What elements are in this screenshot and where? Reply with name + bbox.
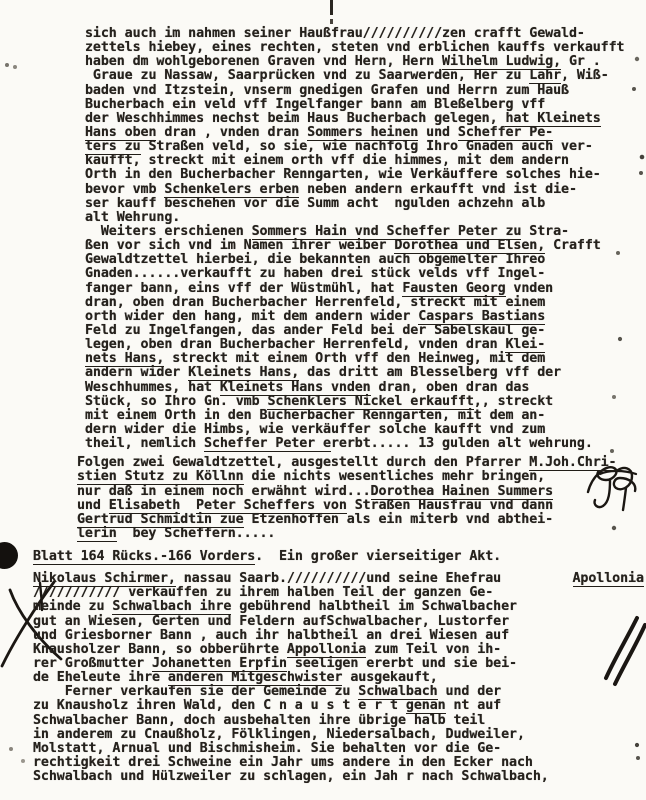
text-line: dran, oben dran Bucherbacher Herrenfeld,…	[85, 296, 646, 310]
text-segment: nassau Saarb.//////////und seine Ehefrau	[176, 571, 573, 586]
text-segment: streckt mit einem Orth vff den Heinweg, …	[164, 351, 545, 366]
text-line: stien Stutz zu Köllnn die nichts wesentl…	[77, 470, 646, 484]
text-segment: mit einem Orth in den Bucherbacher Renng…	[85, 408, 545, 423]
text-segment: Bucherbach ein veld vff Ingelfanger bann…	[85, 97, 545, 112]
text-segment: dran , vnden dran	[156, 125, 307, 140]
text-line: und Griesborner Bann , auch ihr halbthei…	[33, 629, 646, 643]
text-segment: baden vnd Itzstein, vnserm gnedigen Graf…	[85, 83, 569, 98]
text-segment: bevor vmb	[85, 182, 164, 197]
text-segment: Graue zu Nassaw, Saarprücken vnd zu Saar…	[85, 68, 529, 83]
paragraph-block-gewaldtzettel-note: Folgen zwei Gewaldtzettel, ausgestellt d…	[77, 456, 646, 541]
text-segment: andern wider	[85, 365, 188, 380]
text-line: zu Knausholz ihren Wald, den C n a u s t…	[33, 699, 646, 713]
text-segment: Stück, so Ihro Gn. vmb	[85, 394, 267, 409]
text-segment: meinde zu	[33, 599, 112, 614]
text-line: bevor vmb Schenkelers erben neben andern…	[85, 183, 646, 197]
text-segment: legen, oben dran Bucherbacher Herrenfeld…	[85, 337, 505, 352]
text-segment: neben andern erkaufft vnd ist die-	[299, 182, 577, 197]
underlined-text-segment: lerin	[77, 526, 117, 542]
text-segment: seeligen ererbt und sie bei-	[287, 656, 517, 671]
text-line: nur daß in einem noch erwähnt wird...Dor…	[77, 485, 646, 499]
text-line: ser kauff beschehen vor die Summ acht ng…	[85, 197, 646, 211]
text-segment: gebührend halbtheil im Schwalbacher	[231, 599, 517, 614]
text-segment	[180, 498, 196, 513]
text-line: lerin bey Scheffern.....	[77, 527, 646, 541]
text-segment: Orth in den Bucherbacher Renngarten, wie…	[85, 167, 601, 182]
text-segment: Feld zu Ingelfangen, das ander Feld bei …	[85, 323, 545, 338]
text-segment: die nichts wesentliches mehr bringen,	[244, 469, 545, 484]
text-segment: , Wiß-	[561, 68, 609, 83]
text-line: Schwalbacher Bann, doch ausbehalten ihre…	[33, 714, 646, 728]
text-segment: alt Wehrung.	[85, 210, 180, 225]
text-segment: rer Großmutter	[33, 656, 152, 671]
text-line: Molstatt, Arnual und Bischmisheim. Sie b…	[33, 742, 646, 756]
text-segment: ausgekauft,	[342, 670, 437, 685]
text-segment: Molstatt, Arnual und Bischmisheim. Sie b…	[33, 741, 501, 756]
text-line: Feld zu Ingelfangen, das ander Feld bei …	[85, 324, 646, 338]
text-segment: Straßen Hausfrau vnd dann	[347, 498, 553, 513]
text-line: Knausholzer Bann, so obberührte Appollon…	[33, 643, 646, 657]
text-line: gut an Wiesen, Gerten und Feldern aufSch…	[33, 615, 646, 629]
text-segment: Gewaldtzettel hierbei, die bekannten auc…	[85, 252, 545, 267]
text-segment: nt auf	[446, 698, 502, 713]
text-line: Weiters erschienen Sommers Hain vnd Sche…	[85, 225, 646, 239]
paragraph-block-deed-1: sich auch im nahmen seiner Haußfrau/////…	[85, 27, 646, 451]
text-segment: ßen vor sich vnd im Namen ihrer weiber	[85, 238, 394, 253]
text-segment: dran, oben dran Bucherbacher Herrenfeld,…	[85, 295, 545, 310]
text-segment: theil, nemlich	[85, 436, 204, 451]
section-heading-blatt-164: Blatt 164 Rücks.-166 Vorders. Ein großer…	[33, 550, 646, 564]
text-line: mit einem Orth in den Bucherbacher Renng…	[85, 409, 646, 423]
underlined-text-segment: Blatt 164 Rücks.-166 Vorders	[33, 549, 255, 565]
paragraph-block-schirmer-sale: Nikolaus Schirmer, nassau Saarb.////////…	[33, 572, 646, 784]
text-line: alt Wehrung.	[85, 211, 646, 225]
text-segment: rerbt..... 13 gulden alt wehrung.	[331, 436, 593, 451]
text-segment: . Ein großer vierseitiger Akt.	[255, 549, 501, 564]
text-segment: bey Scheffern.....	[117, 526, 276, 541]
text-line: meinde zu Schwalbach ihre gebührend halb…	[33, 600, 646, 614]
text-segment: Stra-	[521, 224, 569, 239]
text-segment: ser kauff beschehen vor die Summ acht ng…	[85, 196, 545, 211]
text-segment: Weschhummes, hat	[85, 380, 220, 395]
text-line: Bucherbach ein veld vff Ingelfanger bann…	[85, 98, 646, 112]
text-segment: Folgen zwei Gewaldtzettel, ausgestellt d…	[77, 455, 529, 470]
underlined-text-segment: Apollonia	[573, 571, 644, 587]
text-segment: Weiters erschienen	[85, 224, 252, 239]
text-segment: gut an Wiesen, Gerten und Feldern aufSch…	[33, 614, 509, 629]
text-segment: zu Knausholz ihren Wald, den C n a u s t…	[33, 698, 406, 713]
text-segment: rechtigkeit drei Schweine ein Jahr ums a…	[33, 755, 533, 770]
text-segment: sich auch im nahmen seiner Haußfrau/////…	[85, 26, 585, 41]
text-line: Gnaden......verkaufft zu haben drei stüc…	[85, 267, 646, 281]
scan-noise-specks	[0, 0, 2, 2]
text-segment: Crafft	[545, 238, 601, 253]
text-segment: Etzenhoffen als ein miterb vnd abthei-	[244, 512, 553, 527]
scanned-document-page: sich auch im nahmen seiner Haußfrau/////…	[0, 0, 646, 800]
text-segment: zettels hiebey, eines rechten, steten vn…	[85, 40, 625, 55]
text-segment: Schwalbacher Bann, doch ausbehalten ihre…	[33, 713, 485, 728]
text-line: theil, nemlich Scheffer Peter ererbt....…	[85, 437, 646, 451]
text-line: dern wider die Himbs, wie verkäuffer sol…	[85, 423, 646, 437]
text-line: Gertrud Schmidtin zue Etzenhoffen als ei…	[77, 513, 646, 527]
text-segment: zum Teil von ih-	[366, 642, 501, 657]
text-segment: und	[418, 125, 458, 140]
text-segment: fanger bann, eins vff der Wüstmühl, hat	[85, 281, 402, 296]
text-line: Graue zu Nassaw, Saarprücken vnd zu Saar…	[85, 69, 646, 83]
text-line: Stück, so Ihro Gn. vmb Schenklers Nickel…	[85, 395, 646, 409]
text-segment: Straßen veld, so sie, wie nachfolg Ihro …	[141, 139, 593, 154]
text-segment: vnden	[506, 281, 554, 296]
text-line: Orth in den Bucherbacher Renngarten, wie…	[85, 168, 646, 182]
text-line: in anderem zu Cnaußholz, Fölklingen, Nie…	[33, 728, 646, 742]
text-line: Blatt 164 Rücks.-166 Vorders. Ein großer…	[33, 550, 646, 564]
text-segment: nur daß in einem noch erwähnt wird...	[77, 484, 371, 499]
text-segment: ,, streckt	[474, 394, 553, 409]
text-line: orth wider den hang, mit dem andern wide…	[85, 310, 646, 324]
text-segment: Knausholzer Bann, so obberührte	[33, 642, 287, 657]
document-text: sich auch im nahmen seiner Haußfrau/////…	[0, 27, 646, 784]
text-line: Hans oben dran , vnden dran Sommers hein…	[85, 126, 646, 140]
text-segment: der Weschhimmes nechst beim Haus Bucherb…	[85, 111, 505, 126]
text-segment: und Griesborner Bann , auch ihr halbthei…	[33, 628, 509, 643]
text-line: fanger bann, eins vff der Wüstmühl, hat …	[85, 282, 646, 296]
fold-dash-mark	[330, 19, 333, 24]
fold-dash-mark	[330, 0, 333, 15]
text-line: baden vnd Itzstein, vnserm gnedigen Graf…	[85, 84, 646, 98]
text-line: andern wider Kleinets Hans, das dritt am…	[85, 366, 646, 380]
text-segment: de Eheleute ihre	[33, 670, 168, 685]
text-line: und Elisabeth Peter Scheffers von Straße…	[77, 499, 646, 513]
text-line: Weschhummes, hat Kleinets Hans vnden dra…	[85, 381, 646, 395]
text-segment: dern wider die Himbs, wie verkäuffer sol…	[85, 422, 545, 437]
text-segment: dran, oben dran das	[371, 380, 530, 395]
text-line: der Weschhimmes nechst beim Haus Bucherb…	[85, 112, 646, 126]
text-segment: Gnaden......verkaufft zu haben drei stüc…	[85, 266, 545, 281]
text-segment: und	[77, 498, 109, 513]
text-segment: orth wider den hang, mit dem andern wide…	[85, 309, 418, 324]
text-segment: Schwalbach und Hülzweiler zu schlagen, e…	[33, 769, 549, 784]
text-segment: in anderem zu Cnaußholz, Fölklingen, Nie…	[33, 727, 525, 742]
text-line: Schwalbach und Hülzweiler zu schlagen, e…	[33, 770, 646, 784]
underlined-text-segment: Scheffer Peter e	[204, 436, 331, 452]
text-segment: das dritt am Blesselberg vff der	[299, 365, 561, 380]
